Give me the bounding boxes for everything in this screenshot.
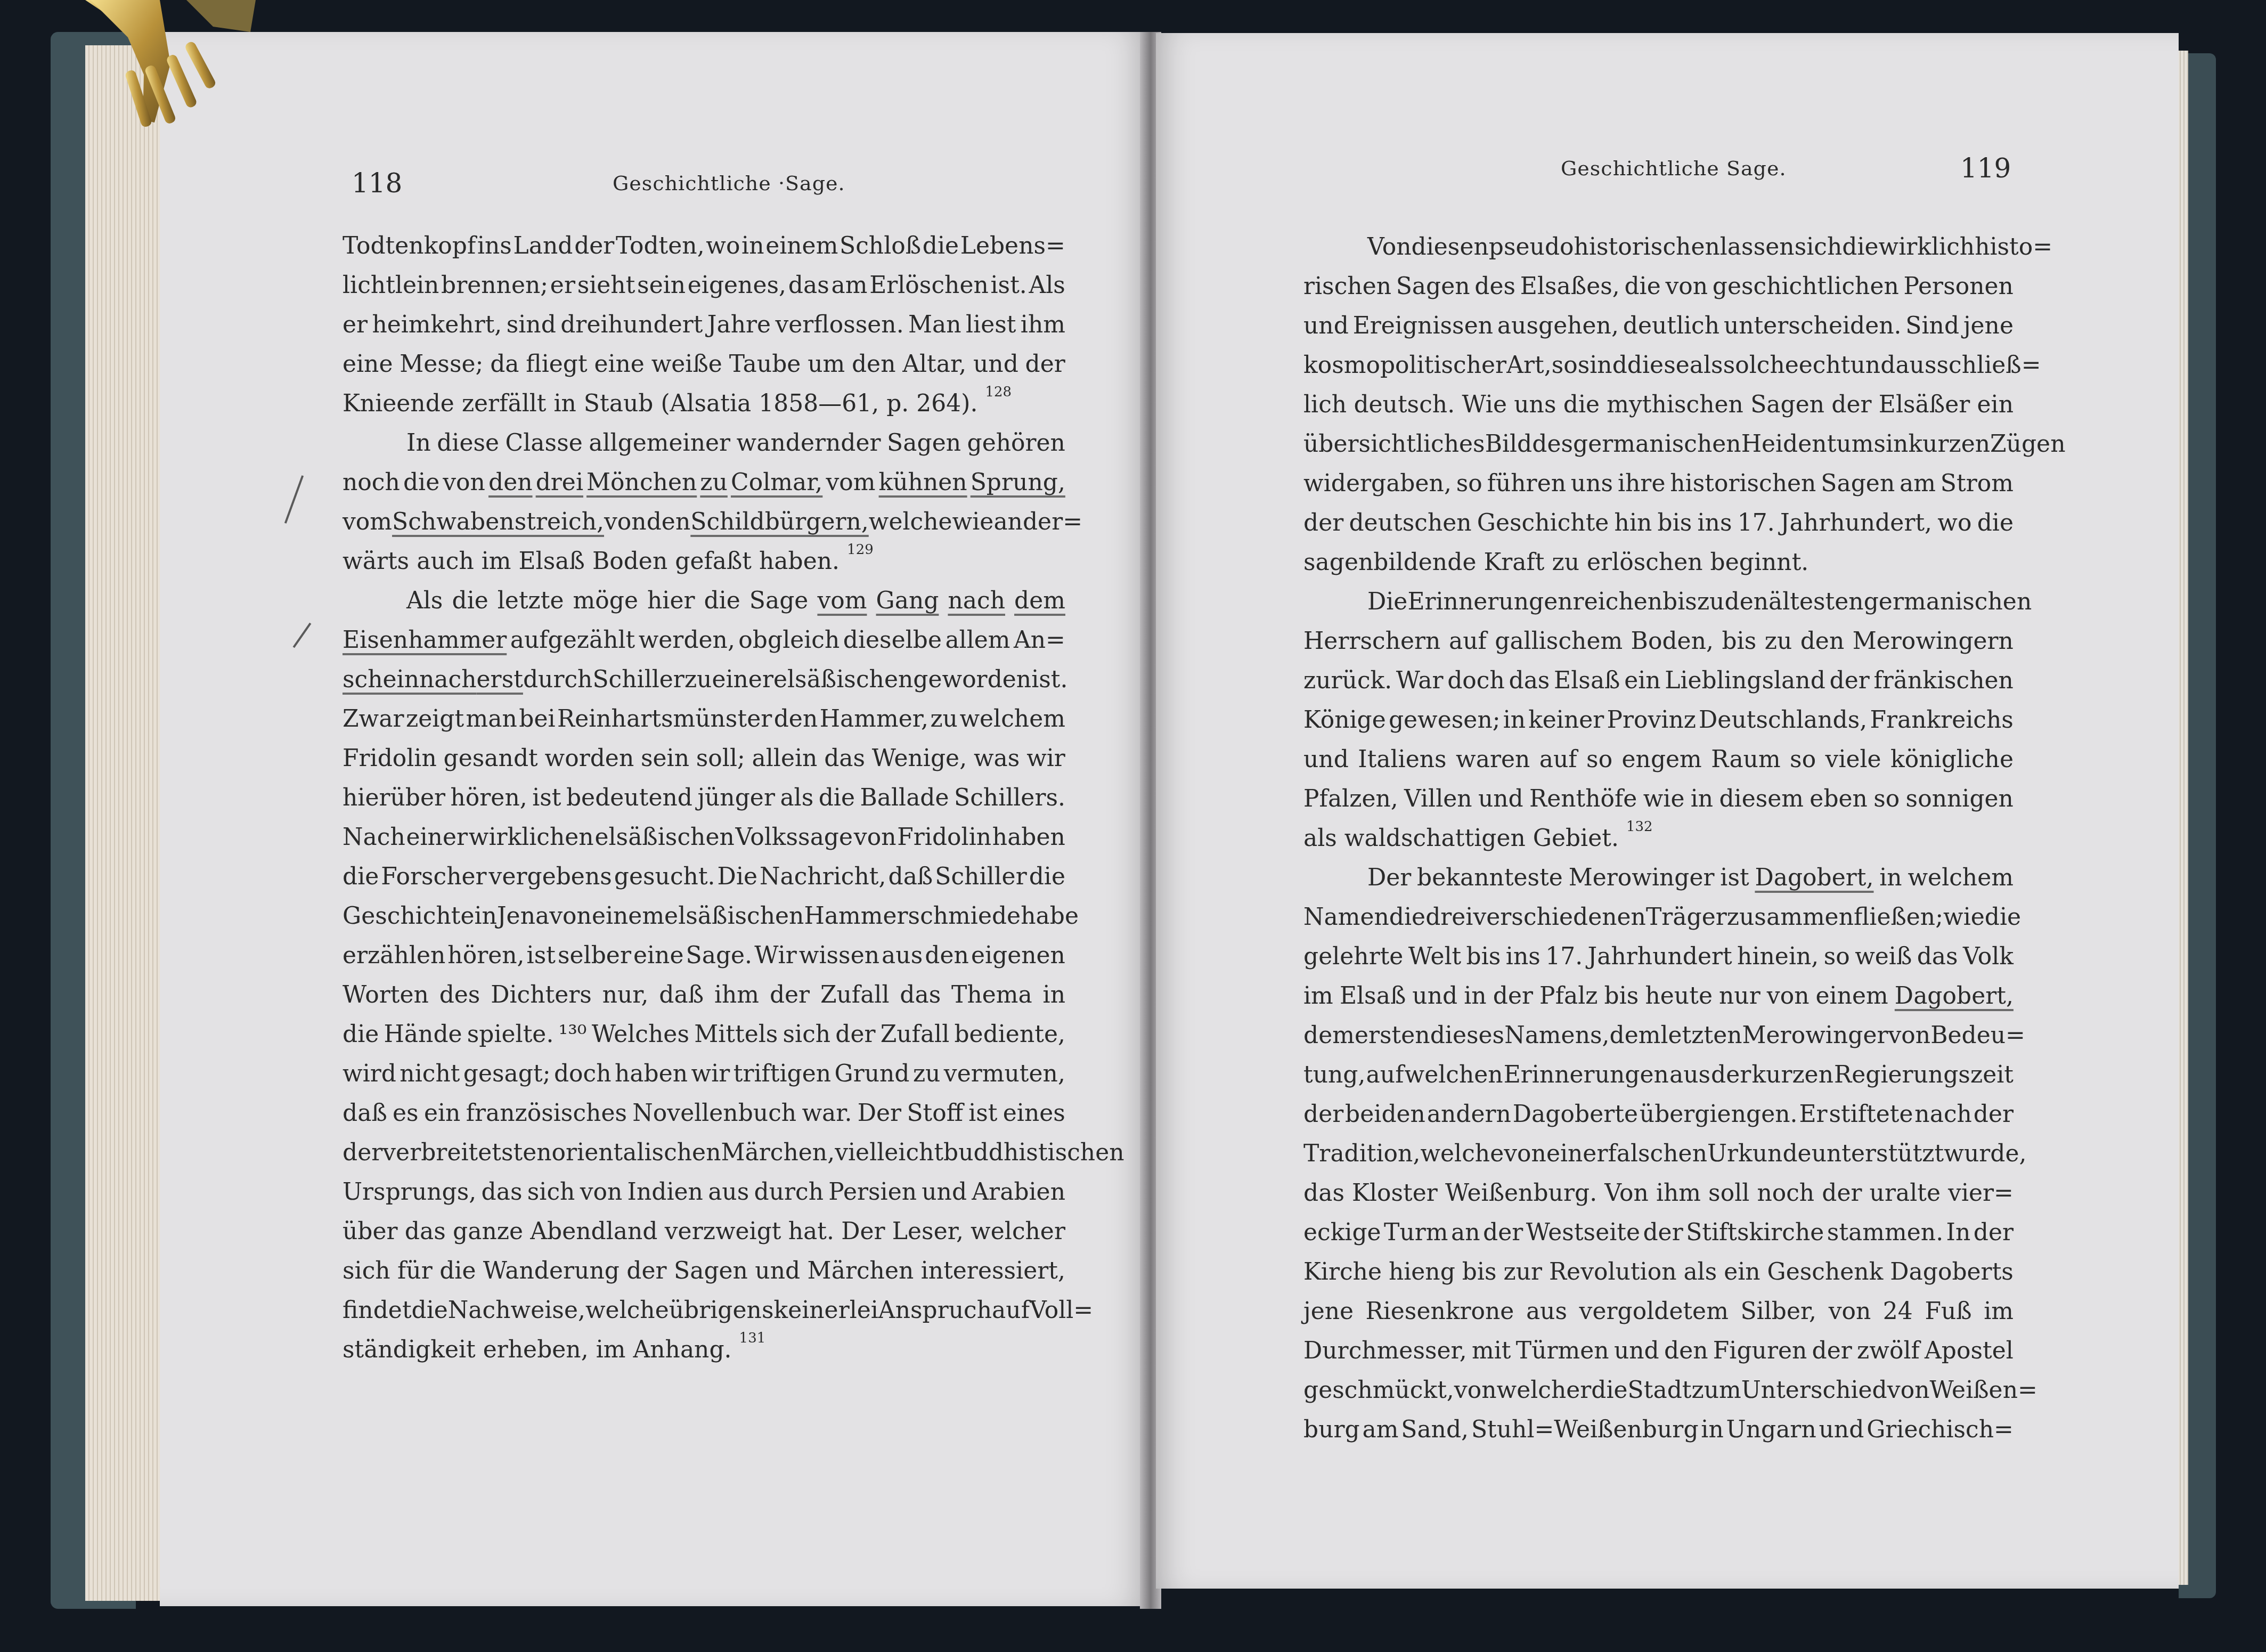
text-line: undItalienswarenaufsoengemRaumsovielekön… <box>1303 740 2014 779</box>
text-line: jeneRiesenkroneausvergoldetemSilber,von2… <box>1303 1292 2014 1331</box>
text-line: Königegewesen;inkeinerProvinzDeutschland… <box>1303 701 2014 740</box>
text-line: KirchehiengbiszurRevolutionalseinGeschen… <box>1303 1252 2014 1292</box>
text-line: wirdnichtgesagt;dochhabenwirtriftigenGru… <box>343 1054 1065 1094</box>
text-line: eineMesse;dafliegteineweißeTaubeumdenAlt… <box>343 345 1065 384</box>
body-text: TodtenkopfinsLandderTodten,woineinemSchl… <box>343 226 1065 1370</box>
page-edges-left <box>85 45 170 1601</box>
text-line: gelehrteWeltbisins17.Jahrhunderthinein,s… <box>1303 937 2014 976</box>
text-line: dieForschervergebensgesucht.DieNachricht… <box>343 857 1065 897</box>
footnote-marker: 128 <box>985 384 1012 424</box>
text-line: zurück.WardochdasElsaßeinLieblingslandde… <box>1303 661 2014 701</box>
text-line: Tradition,welchevoneinerfalschenUrkundeu… <box>1303 1134 2014 1174</box>
text-line: erheimkehrt,sinddreihundertJahreverfloss… <box>343 305 1065 345</box>
text-line: vomSchwabenstreich,vondenSchildbürgern,w… <box>343 502 1065 542</box>
text-line: übersichtlichesBilddesgermanischenHeiden… <box>1303 425 2014 464</box>
text-line: scheinnacherstdurchSchillerzueinerelsäßi… <box>343 660 1065 699</box>
footnote-marker: 132 <box>1626 819 1653 858</box>
text-line: dasKlosterWeißenburg.Vonihmsollnochderur… <box>1303 1174 2014 1213</box>
text-line: rischenSagendesElsaßes,dievongeschichtli… <box>1303 267 2014 306</box>
body-text: Vondiesenpseudohistorischenlassensichdie… <box>1303 227 2014 1450</box>
text-line: Fridolingesandtwordenseinsoll;alleindasW… <box>343 739 1065 778</box>
text-line: Knieende zerfällt in Staub (Alsatia 1858… <box>343 384 1065 424</box>
text-line: derverbreitetstenorientalischenMärchen,v… <box>343 1133 1065 1173</box>
text-line: AlsdieletztemögehierdieSagevomGangnachde… <box>343 581 1065 621</box>
footnote-marker: 129 <box>847 542 874 581</box>
text-line: DieErinnerungenreichenbiszudenältestenge… <box>1303 582 2014 622</box>
text-line: eckigeTurmanderWestseitederStiftskirches… <box>1303 1213 2014 1252</box>
pencil-margin-mark <box>293 623 312 648</box>
text-line: sichfürdieWanderungderSagenundMärchenint… <box>343 1251 1065 1291</box>
text-line: Ursprungs,dassichvonIndienausdurchPersie… <box>343 1173 1065 1212</box>
text-line: findetdieNachweise,welcheübrigenskeinerl… <box>343 1291 1065 1330</box>
text-line: kosmopolitischerArt,sosinddiesealssolche… <box>1303 346 2014 385</box>
text-line: ZwarzeigtmanbeiReinhartsmünsterdenHammer… <box>343 699 1065 739</box>
left-page: 118 Geschichtliche ·Sage. TodtenkopfinsL… <box>160 32 1145 1606</box>
text-line: GeschichteinJenavoneinemelsäßischenHamme… <box>343 897 1065 936</box>
text-line: daßeseinfranzösischesNovellenbuchwar.Der… <box>343 1094 1065 1133</box>
text-line: NamendiedreiverschiedenenTrägerzusammenf… <box>1303 898 2014 937</box>
running-head: Geschichtliche ·Sage. <box>613 172 845 195</box>
text-line: Pfalzen,VillenundRenthöfewieindiesemeben… <box>1303 779 2014 819</box>
text-line: hierüberhören,istbedeutendjüngeralsdieBa… <box>343 778 1065 818</box>
text-line: undEreignissenausgehen,deutlichuntersche… <box>1303 306 2014 346</box>
text-line: lichdeutsch.WieunsdiemythischenSagenderE… <box>1303 385 2014 425</box>
text-line: geschmückt,vonwelcherdieStadtzumUntersch… <box>1303 1371 2014 1410</box>
text-line: NacheinerwirklichenelsäßischenVolkssagev… <box>343 818 1065 857</box>
footnote-marker: 131 <box>739 1330 766 1370</box>
text-line: erzählenhören,istselbereineSage.Wirwisse… <box>343 936 1065 975</box>
text-line: dieHändespielte.¹³⁰WelchesMittelssichder… <box>343 1015 1065 1054</box>
pencil-margin-mark <box>284 475 304 524</box>
text-line: widergaben,soführenunsihrehistorischenSa… <box>1303 464 2014 503</box>
text-line: derdeutschenGeschichtehinbisins17.Jahrhu… <box>1303 503 2014 543</box>
text-line: burgamSand,Stuhl=WeißenburginUngarnundGr… <box>1303 1410 2014 1450</box>
page-number: 118 <box>352 168 402 199</box>
text-line: Durchmesser,mitTürmenunddenFigurenderzwö… <box>1303 1331 2014 1371</box>
text-line: derbeidenandernDagoberteübergiengen.Erst… <box>1303 1095 2014 1134</box>
text-line: WortendesDichtersnur,daßihmderZufalldasT… <box>343 975 1065 1015</box>
text-line: nochdievondendreiMönchenzuColmar,vomkühn… <box>343 463 1065 502</box>
text-line: als waldschattigen Gebiet.132 <box>1303 819 2014 858</box>
text-line: tung,aufwelchenErinnerungenausderkurzenR… <box>1303 1055 2014 1095</box>
brass-hand-clip-icon <box>80 0 272 160</box>
right-page: Geschichtliche Sage. 119 Vondiesenpseudo… <box>1156 33 2179 1589</box>
text-line: sagenbildende Kraft zu erlöschen beginnt… <box>1303 543 2014 582</box>
running-head: Geschichtliche Sage. <box>1561 157 1787 180</box>
text-line: HerrschernaufgallischemBoden,biszudenMer… <box>1303 622 2014 661</box>
text-line: Vondiesenpseudohistorischenlassensichdie… <box>1303 227 2014 267</box>
text-line: IndieseClasseallgemeinerwandernderSageng… <box>343 424 1065 463</box>
text-line: ständigkeit erheben, im Anhang.131 <box>343 1330 1065 1370</box>
text-line: lichtleinbrennen;ersiehtseineigenes,dasa… <box>343 266 1065 305</box>
page-number: 119 <box>1960 153 2011 184</box>
text-line: Eisenhammeraufgezähltwerden,obgleichdies… <box>343 621 1065 660</box>
text-line: TodtenkopfinsLandderTodten,woineinemSchl… <box>343 226 1065 266</box>
text-line: DerbekanntesteMerowingeristDagobert,inwe… <box>1303 858 2014 898</box>
text-line: imElsaßundinderPfalzbisheutenurvoneinemD… <box>1303 976 2014 1016</box>
text-line: wärts auch im Elsaß Boden gefaßt haben.1… <box>343 542 1065 581</box>
text-line: demerstendiesesNamens,demletztenMerowing… <box>1303 1016 2014 1055</box>
text-line: überdasganzeAbendlandverzweigthat.DerLes… <box>343 1212 1065 1251</box>
